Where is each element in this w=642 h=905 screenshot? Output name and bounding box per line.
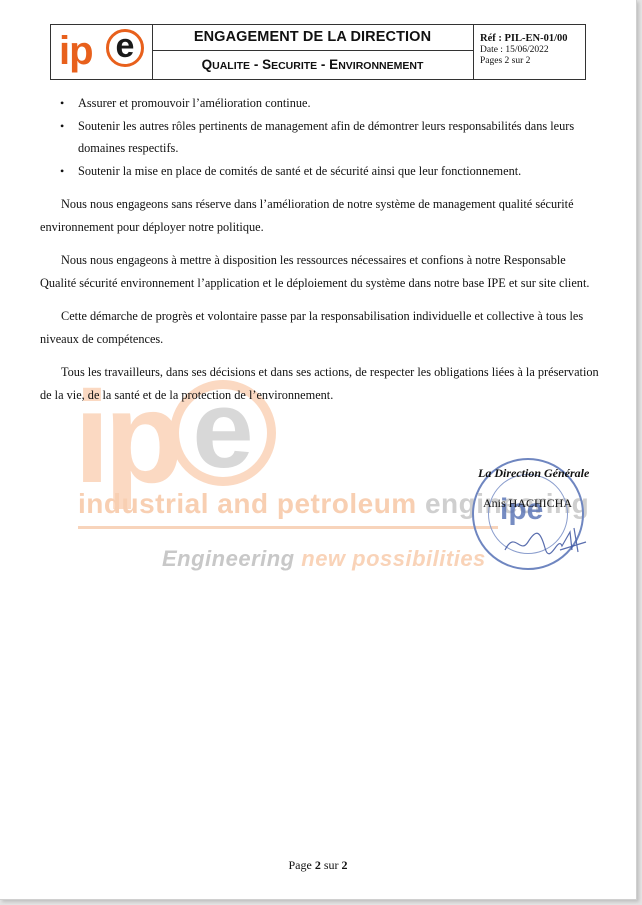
page-footer: Page 2 sur 2 [0,857,636,873]
logo-cell: ip e [51,25,153,79]
paragraph: Nous nous engageons à mettre à dispositi… [40,249,600,294]
signatory-name: Anis HACHICHA [478,496,608,510]
watermark-rule [78,526,498,529]
bullet-list: Assurer et promouvoir l’amélioration con… [40,92,600,182]
document-date: Date : 15/06/2022 [480,45,586,56]
footer-prefix: Page [289,858,315,872]
paragraph: Cette démarche de progrès et volontaire … [40,305,600,350]
document-header: ip e ENGAGEMENT DE LA DIRECTION QUALITE … [50,24,586,80]
subtitle-sep: - [250,57,262,72]
document-pages: Pages 2 sur 2 [480,56,586,67]
paragraph: Tous les travailleurs, dans ses décision… [40,361,600,406]
document-reference: Réf : PIL-EN-01/00 [480,33,586,45]
watermark-slogan-orange: new possibilities [301,546,486,571]
paragraph: Nous nous engageons sans réserve dans l’… [40,193,600,238]
total-page-count: 2 [342,858,348,872]
list-item: Soutenir la mise en place de comités de … [40,160,600,183]
handwritten-signature [500,520,590,560]
subtitle-rest: UALITE [212,60,250,72]
subtitle-cap: E [329,57,338,72]
document-title: ENGAGEMENT DE LA DIRECTION [152,25,473,51]
footer-middle: sur [321,858,342,872]
subtitle-cap: Q [202,57,213,72]
watermark-slogan: Engineering new possibilities [162,545,486,573]
title-cell: ENGAGEMENT DE LA DIRECTION QUALITE - SEC… [152,25,474,79]
company-logo-e: e [106,29,144,67]
subtitle-rest: ECURITE [271,60,317,72]
watermark-slogan-gray: Engineering [162,546,301,571]
company-logo-ip: ip [59,30,93,72]
signature-block: La Direction Générale Anis HACHICHA [478,466,608,510]
watermark-text-orange: industrial and petroleum [78,488,425,519]
document-page: ip e industrial and petroleum engineerin… [0,0,637,900]
list-item: Soutenir les autres rôles pertinents de … [40,115,600,160]
document-body: Assurer et promouvoir l’amélioration con… [40,92,600,406]
subtitle-rest: NVIRONNEMENT [338,60,423,72]
document-subtitle: QUALITE - SECURITE - ENVIRONNEMENT [152,51,473,79]
list-item: Assurer et promouvoir l’amélioration con… [40,92,600,115]
subtitle-cap: S [262,57,271,72]
subtitle-sep: - [317,57,329,72]
signatory-title: La Direction Générale [478,466,608,480]
reference-cell: Réf : PIL-EN-01/00 Date : 15/06/2022 Pag… [474,25,586,79]
